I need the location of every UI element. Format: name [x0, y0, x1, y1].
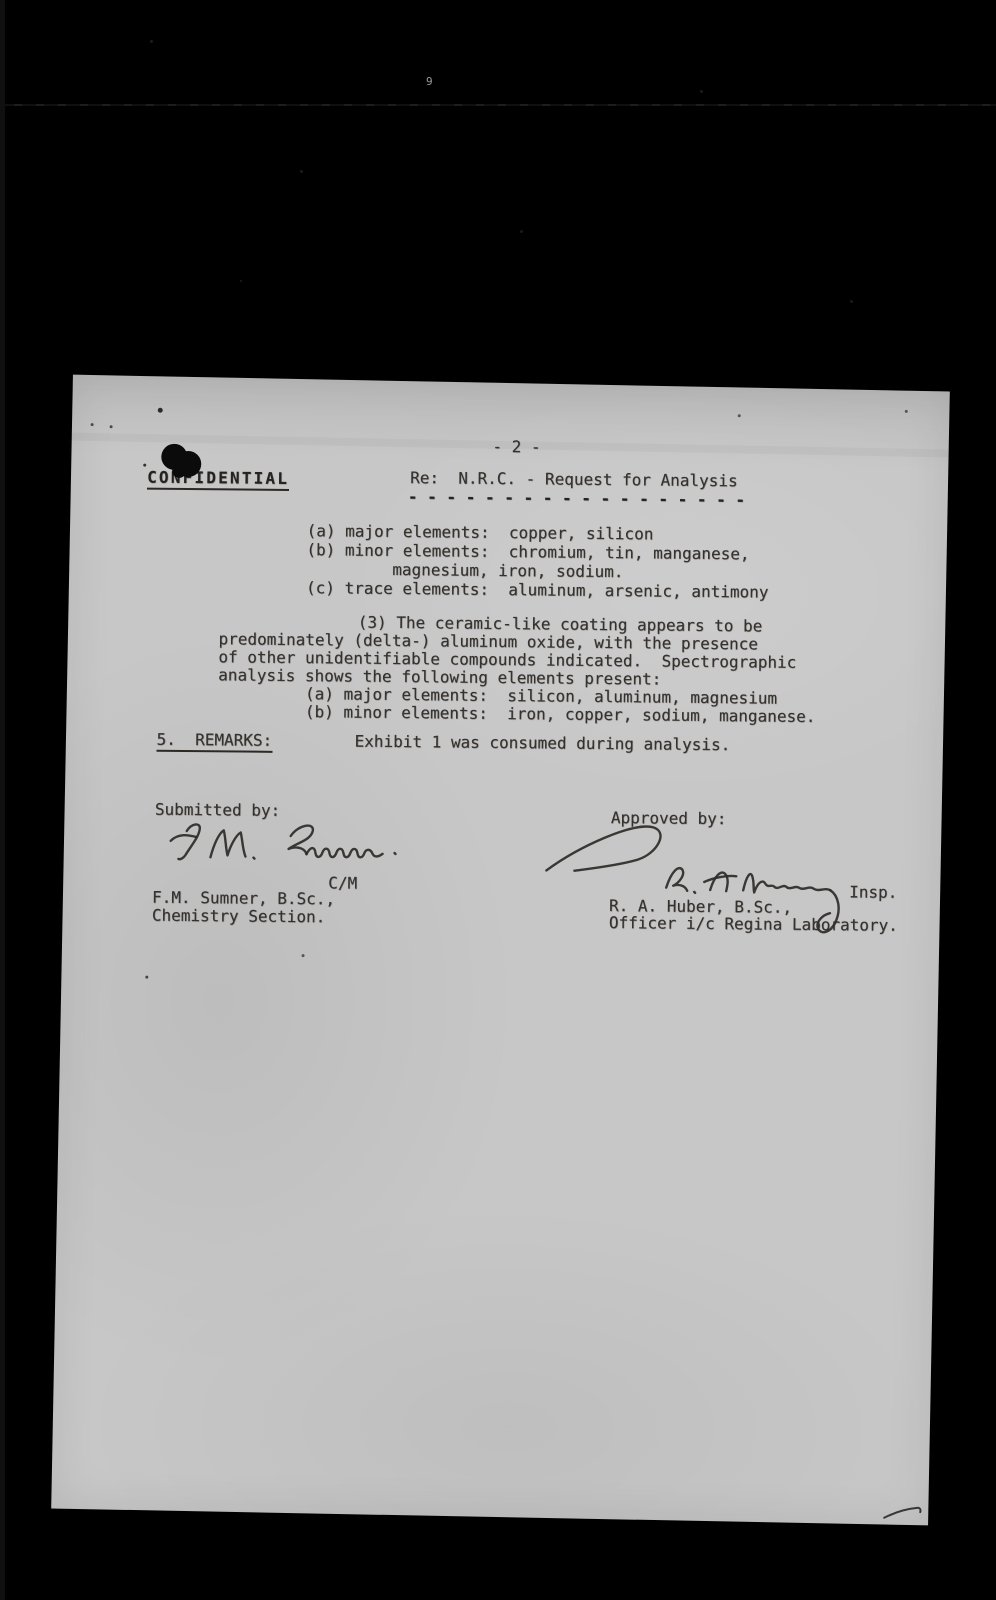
remarks-heading: 5. REMARKS: [157, 731, 273, 750]
ink-speck [302, 954, 305, 957]
ink-speck [143, 464, 146, 467]
para3-line-6: (b) minor elements: iron, copper, sodium… [305, 703, 816, 726]
approved-title: Officer i/c Regina Laboratory. [609, 914, 898, 935]
ink-speck [110, 425, 113, 428]
page-number: - 2 - [492, 438, 540, 456]
ink-speck [145, 976, 148, 979]
document-content-layer: - 2 - CONFIDENTIAL Re: N.R.C. - Request … [0, 0, 996, 1600]
ink-speck [91, 423, 94, 426]
elements-line-c: (c) trace elements: aluminum, arsenic, a… [306, 579, 769, 601]
subject-underline: - - - - - - - - - - - - - - - - - - [408, 488, 745, 509]
remarks-heading-text: 5. REMARKS: [156, 730, 272, 753]
signature-sumner [158, 815, 429, 878]
ink-speck [738, 414, 741, 417]
pen-mark [880, 1500, 925, 1525]
ink-speck [158, 408, 163, 413]
elements-line-b2: magnesium, iron, sodium. [392, 561, 623, 581]
ink-speck [905, 410, 908, 413]
submitted-org: Chemistry Section. [152, 907, 326, 927]
remarks-text: Exhibit 1 was consumed during analysis. [355, 733, 731, 755]
approved-rank: Insp. [849, 883, 897, 901]
ink-blot [154, 443, 206, 479]
elements-line-b: (b) minor elements: chromium, tin, manga… [306, 541, 749, 563]
